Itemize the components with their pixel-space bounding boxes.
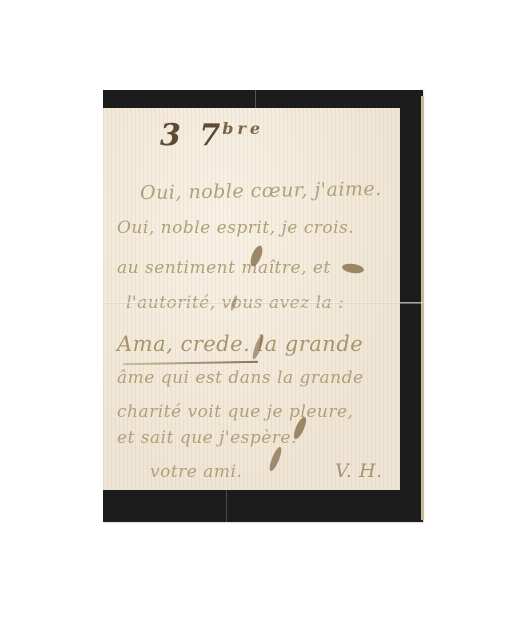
folio-suffix: bre xyxy=(222,119,264,138)
letter-line-emphasized: Ama, crede. la grande xyxy=(117,332,363,356)
signature: V. H. xyxy=(335,460,383,482)
letter-line: au sentiment maître, et xyxy=(117,258,331,278)
folio-day: 3 xyxy=(160,118,185,153)
folio-month: 7 xyxy=(199,118,224,153)
fold-crease xyxy=(103,302,423,304)
letter-line: Oui, noble esprit, je crois. xyxy=(117,218,354,238)
fold-mark-top xyxy=(255,90,256,108)
letter-line: Oui, noble cœur, j'aime. xyxy=(140,178,382,204)
card-edge xyxy=(421,96,424,520)
letter-line: et sait que j'espère. xyxy=(117,428,297,448)
letter-line: âme qui est dans la grande xyxy=(117,368,364,388)
fold-mark-bottom xyxy=(226,490,227,522)
closing-line: votre ami. xyxy=(150,462,242,482)
folio-number: 3 7bre xyxy=(160,118,264,153)
letter-line: charité voit que je pleure, xyxy=(117,402,353,422)
